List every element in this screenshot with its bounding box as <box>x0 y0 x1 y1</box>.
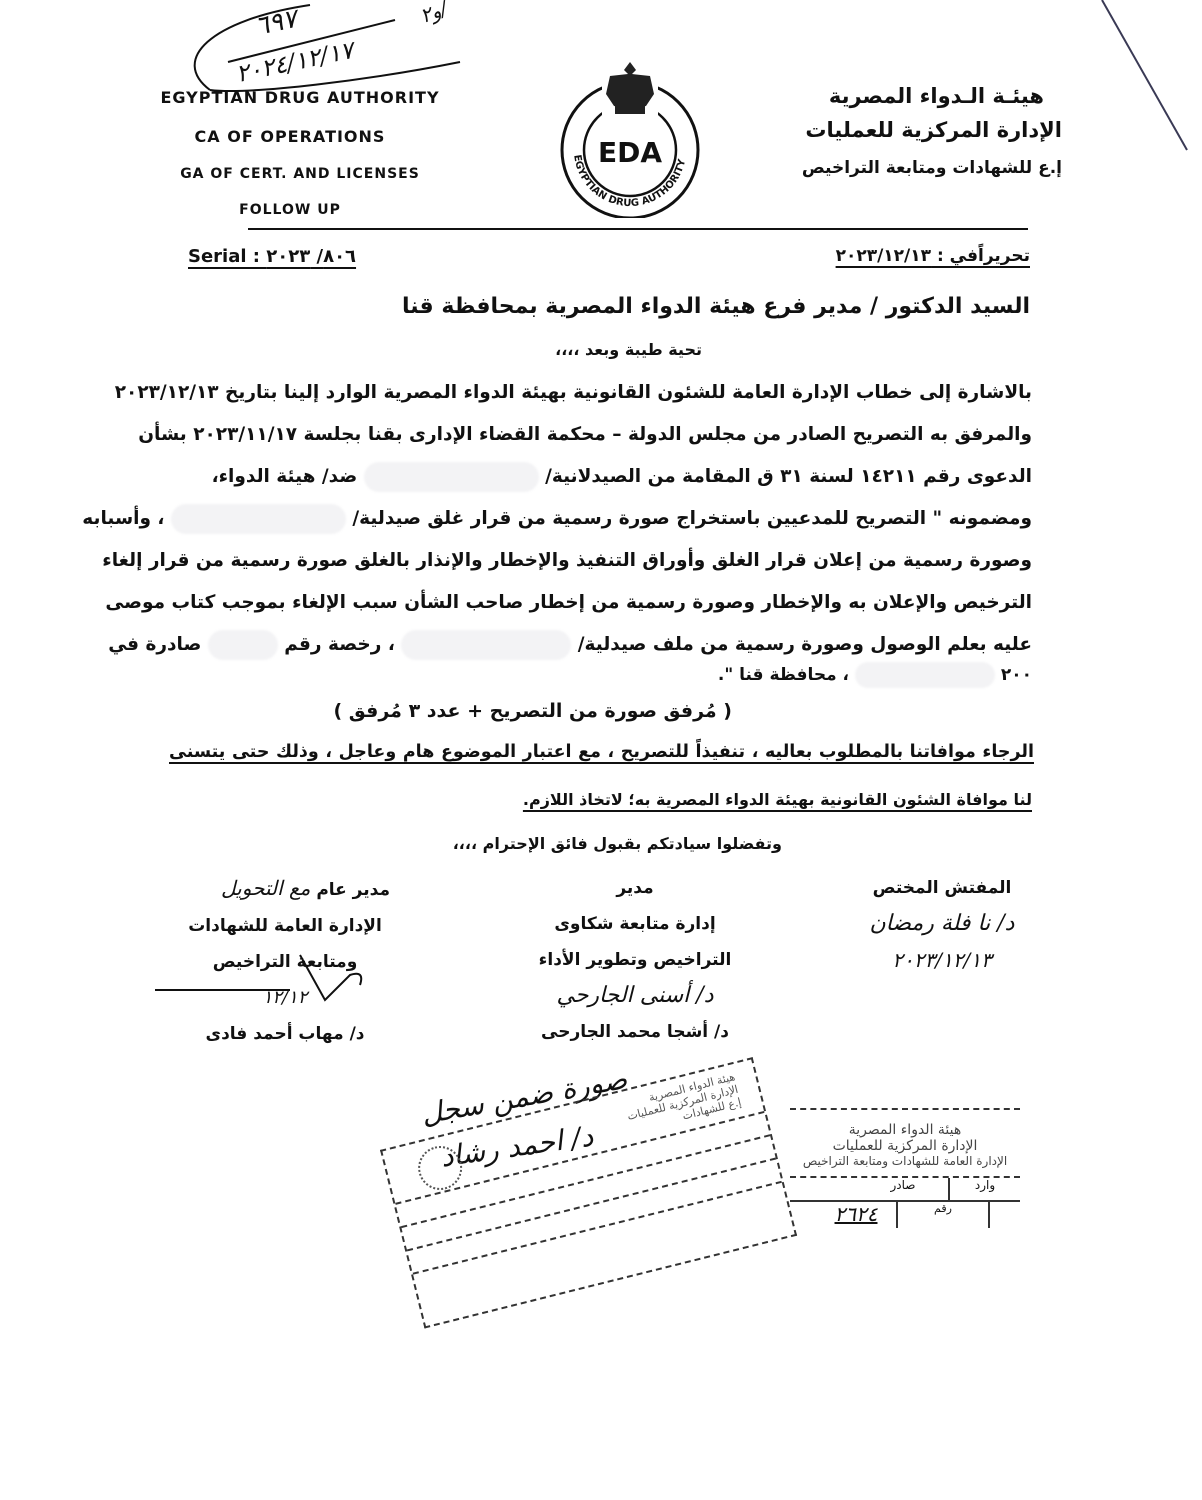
body-text: صادرة في <box>108 634 201 655</box>
gm-handwritten-note: مع التحويل <box>221 876 310 900</box>
body-line-8: ٢٠٠ ، محافظة قنا ". <box>718 662 1032 688</box>
stamp-text: الإدارة العامة للشهادات ومتابعة التراخيص <box>790 1154 1020 1168</box>
gm-signature-scribble <box>150 945 380 1015</box>
manager-handwritten-signature: د/ أسنى الجارحي <box>520 978 750 1014</box>
body-text: ضد/ هيئة الدواء، <box>212 466 358 487</box>
body-line-1: بالاشارة إلى خطاب الإدارة العامة للشئون … <box>172 372 1032 414</box>
redacted-pharmacy-file <box>401 630 571 660</box>
closing: وتفضلوا سيادتكم بقبول فائق الإحترام ،،،، <box>453 834 782 853</box>
body-text: ٢٠٠ <box>1001 665 1032 685</box>
header-en-followup: FOLLOW UP <box>90 202 490 218</box>
redacted-pharmacy <box>171 504 346 534</box>
redacted-date <box>855 662 995 688</box>
gm-title-row: مدير عام مع التحويل <box>170 870 400 908</box>
header-ar-authority: هيئـة الـدواء المصرية <box>829 84 1044 108</box>
body-line-7: عليه بعلم الوصول وصورة رسمية من ملف صيدل… <box>172 624 1032 666</box>
inspector-handwritten-date: ٢٠٢٣/١٢/١٣ <box>842 942 1042 978</box>
body-text: ، وأسبابه <box>82 508 164 529</box>
redacted-license-number <box>208 630 278 660</box>
issue-date: تحريراًفي : ٢٠٢٣/١٢/١٣ <box>836 246 1030 266</box>
body-text: الدعوى رقم ١٤٢١١ لسنة ٣١ ق المقامة من ال… <box>545 466 1032 487</box>
stamp-handwritten-number: ٢٦٢٤ <box>816 1202 896 1228</box>
eagle-emblem-icon: EDA EGYPTIAN DRUG AUTHORITY <box>552 58 708 218</box>
manager-dept: إدارة متابعة شكاوى <box>520 906 750 942</box>
gm-name: د/ مهاب أحمد فادى <box>170 1016 400 1052</box>
body-text: ، محافظة قنا ". <box>718 665 849 685</box>
inspector-title: المفتش المختص <box>842 870 1042 906</box>
stamp-row: وارد صادر <box>790 1176 1020 1200</box>
inspector-handwritten-signature: د/ نا فلة رمضان <box>842 906 1042 942</box>
manager-title: مدير <box>520 870 750 906</box>
manager-name: د/ أشجا محمد الجارحى <box>520 1014 750 1050</box>
header-ar-general: إ.ع للشهادات ومتابعة التراخيص <box>802 158 1062 178</box>
signature-inspector: المفتش المختص د/ نا فلة رمضان ٢٠٢٣/١٢/١٣ <box>842 870 1042 978</box>
body-line-5: وصورة رسمية من إعلان قرار الغلق وأوراق ا… <box>172 540 1032 582</box>
body-line-4: ومضمونه " التصريح للمدعيين باستخراج صورة… <box>172 498 1032 540</box>
header-en-authority: EGYPTIAN DRUG AUTHORITY <box>90 88 510 107</box>
signature-manager: مدير إدارة متابعة شكاوى التراخيص وتطوير … <box>520 870 750 1050</box>
request-line-2: لنا موافاة الشئون القانونية بهيئة الدواء… <box>523 790 1032 809</box>
body-line-3: الدعوى رقم ١٤٢١١ لسنة ٣١ ق المقامة من ال… <box>172 456 1032 498</box>
stamp-text: الإدارة المركزية للعمليات <box>790 1138 1020 1154</box>
body-text: ، رخصة رقم <box>284 634 395 655</box>
addressee: السيد الدكتور / مدير فرع هيئة الدواء الم… <box>402 294 1030 319</box>
header-divider <box>248 228 1028 230</box>
serial-number: Serial : ٨٠٦/ ٢٠٢٣ <box>188 246 356 267</box>
eda-logo: EDA EGYPTIAN DRUG AUTHORITY <box>552 58 708 218</box>
gm-dept: الإدارة العامة للشهادات <box>170 908 400 944</box>
body-line-2: والمرفق به التصريح الصادر من مجلس الدولة… <box>172 414 1032 456</box>
stamp-label-incoming: وارد <box>948 1178 1020 1200</box>
greeting: تحية طيبة وبعد ،،،، <box>555 340 702 359</box>
redacted-name <box>364 462 539 492</box>
stamp-label-outgoing: صادر <box>858 1178 948 1200</box>
gm-title: مدير عام <box>316 880 390 900</box>
header-ar-central: الإدارة المركزية للعمليات <box>805 118 1062 142</box>
manager-dept: التراخيص وتطوير الأداء <box>520 942 750 978</box>
attachment-note: ( مُرفق صورة من التصريح + عدد ٣ مُرفق ) <box>333 700 732 722</box>
request-line-1: الرجاء موافاتنا بالمطلوب بعاليه ، تنفيذا… <box>169 742 1034 762</box>
svg-text:EDA: EDA <box>598 136 662 169</box>
body-line-6: الترخيص والإعلان به والإخطار وصورة رسمية… <box>172 582 1032 624</box>
header-en-ca: CA OF OPERATIONS <box>90 127 490 146</box>
header-en-ga: GA OF CERT. AND LICENSES <box>90 166 510 182</box>
stamp-row: رقم ٢٦٢٤ <box>790 1200 1020 1228</box>
body-text: ومضمونه " التصريح للمدعيين باستخراج صورة… <box>352 508 1032 529</box>
stamp-text: هيئة الدواء المصرية <box>790 1122 1020 1138</box>
incoming-stamp-right: هيئة الدواء المصرية الإدارة المركزية للع… <box>790 1108 1020 1260</box>
body-text: عليه بعلم الوصول وصورة رسمية من ملف صيدل… <box>578 634 1032 655</box>
paper-fold-line <box>1062 0 1192 170</box>
stamp-label-number: رقم <box>896 1202 988 1228</box>
